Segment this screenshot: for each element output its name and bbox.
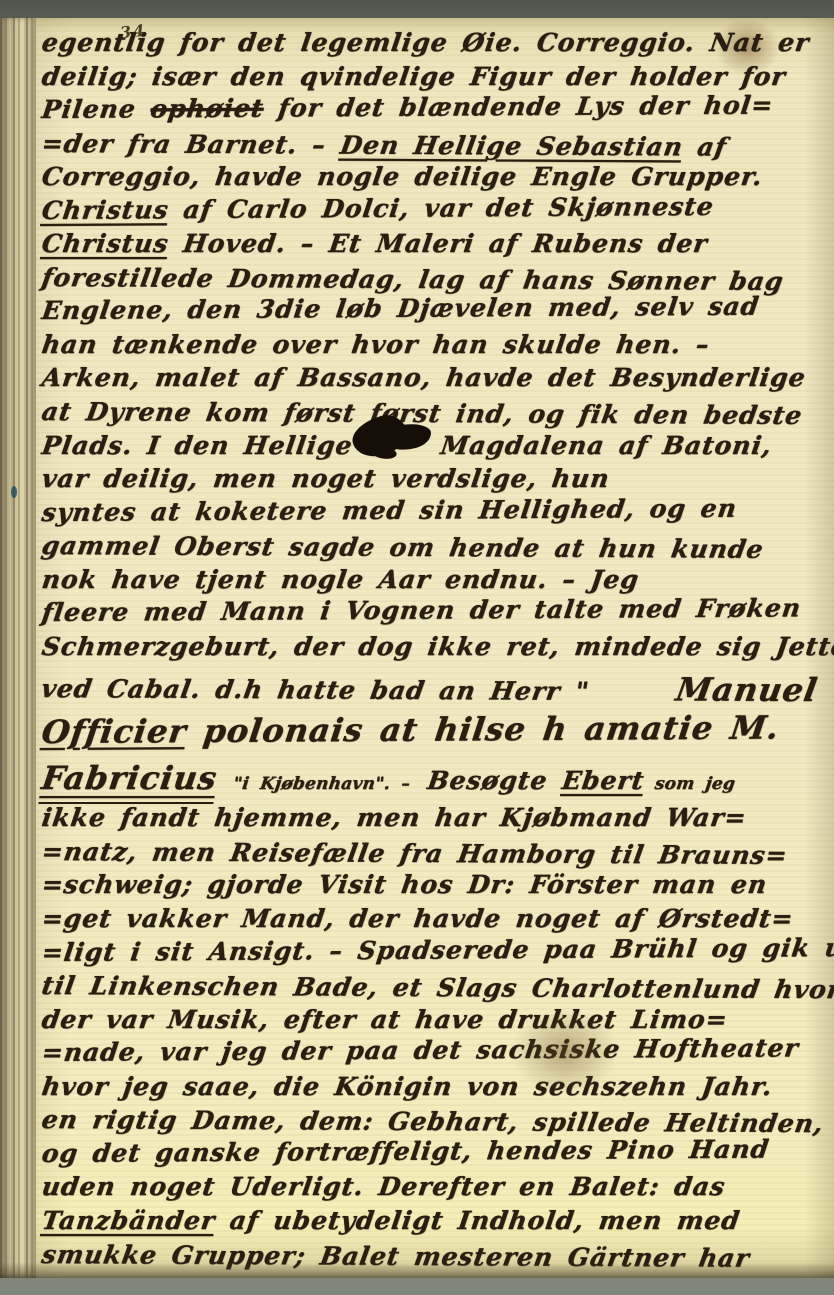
manuscript-line: Officier polonais at hilse h amatie M. xyxy=(39,705,834,756)
handwritten-text: =schweig; gjorde Visit hos Dr: Förster m… xyxy=(40,868,770,902)
handwritten-text: uden noget Uderligt. Derefter en Balet: … xyxy=(40,1170,728,1204)
handwritten-text: Arken, malet af Bassano, havde det Besyn… xyxy=(40,361,808,395)
manuscript-line: Tanzbänder af ubetydeligt Indhold, men m… xyxy=(40,1204,834,1238)
manuscript-line: til Linkenschen Bade, et Slags Charlotte… xyxy=(39,969,834,1007)
manuscript-line: Schmerzgeburt, der dog ikke ret, mindede… xyxy=(40,630,834,664)
handwritten-text: Christus xyxy=(40,193,171,227)
handwritten-text: Correggio, havde nogle deilige Engle Gru… xyxy=(40,160,765,194)
manuscript-line: Christus af Carlo Dolci, var det Skjønne… xyxy=(40,189,834,227)
handwritten-text: for det blændende Lys der hol= xyxy=(261,89,775,126)
handwritten-text: fleere med Mann i Vognen der talte med F… xyxy=(40,592,804,630)
manuscript-line: var deilig, men noget verdslige, hun xyxy=(40,462,834,496)
handwritten-text: gammel Oberst sagde om hende at hun kund… xyxy=(39,529,766,566)
handwritten-text: af xyxy=(680,130,729,164)
handwritten-text: =natz, men Reisefælle fra Hamborg til Br… xyxy=(39,835,790,872)
manuscript-line: egentlig for det legemlige Øie. Correggi… xyxy=(40,26,834,60)
handwritten-text: af Carlo Dolci, var det Skjønneste xyxy=(166,190,716,227)
manuscript-line: uden noget Uderligt. Derefter en Balet: … xyxy=(40,1170,834,1204)
handwritten-text: Den Hellige Sebastian xyxy=(338,128,686,163)
manuscript-line: syntes at koketere med sin Hellighed, og… xyxy=(40,491,834,529)
handwritten-text: hvor jeg saae, die Königin von sechszehn… xyxy=(40,1070,775,1104)
handwritten-text: han tænkende over hvor han skulde hen. – xyxy=(40,328,712,362)
manuscript-line: han tænkende over hvor han skulde hen. – xyxy=(40,328,834,362)
manuscript-line: =get vakker Mand, der havde noget af Ørs… xyxy=(40,902,834,936)
handwritten-text: =ligt i sit Ansigt. – Spadserede paa Brü… xyxy=(40,931,834,970)
handwritten-text: af ubetydeligt Indhold, men med xyxy=(213,1204,742,1238)
ink-speck xyxy=(11,486,17,498)
handwritten-text: Hoved. – Et Maleri af Rubens der xyxy=(166,227,710,261)
handwritten-text: egentlig for det legemlige Øie. Correggi… xyxy=(40,26,812,60)
handwritten-text: deilig; især den qvindelige Figur der ho… xyxy=(40,60,788,94)
manuscript-lines: egentlig for det legemlige Øie. Correggi… xyxy=(42,26,832,1271)
manuscript-line: Correggio, havde nogle deilige Engle Gru… xyxy=(40,160,834,194)
manuscript-line: fleere med Mann i Vognen der talte med F… xyxy=(40,591,834,629)
handwritten-text: var deilig, men noget verdslige, hun xyxy=(40,462,612,496)
manuscript-line: Plads. I den Hellige Magdalena af Batoni… xyxy=(40,429,834,463)
manuscript-line: =der fra Barnet. – Den Hellige Sebastian… xyxy=(39,127,834,165)
handwritten-text: ophøiet xyxy=(148,92,266,126)
ink-smudge xyxy=(502,1002,628,1102)
handwritten-text: Englene, den 3die løb Djævelen med, selv… xyxy=(40,290,762,328)
manuscript-line: at Dyrene kom først først ind, og fik de… xyxy=(39,395,834,433)
handwritten-text: syntes at koketere med sin Hellighed, og… xyxy=(40,491,739,529)
manuscript-page: 34 egentlig for det legemlige Øie. Corre… xyxy=(0,18,834,1278)
handwritten-text: Pilene xyxy=(40,92,153,126)
manuscript-line: Fabricius "i Kjøbenhavn". – Besøgte Eber… xyxy=(39,755,834,801)
handwritten-text: =nade, var jeg der paa det sachsiske Hof… xyxy=(40,1032,801,1070)
manuscript-line: gammel Oberst sagde om hende at hun kund… xyxy=(39,529,834,567)
handwritten-text: =der fra Barnet. – xyxy=(39,127,343,162)
handwritten-text: ikke fandt hjemme, men har Kjøbmand War= xyxy=(40,801,749,835)
handwritten-text: nok have tjent nogle Aar endnu. – Jeg xyxy=(40,563,642,597)
handwritten-text: Tanzbänder xyxy=(40,1204,218,1238)
manuscript-line: smukke Grupper; Balet mesteren Gärtner h… xyxy=(39,1238,834,1276)
handwritten-text: til Linkenschen Bade, et Slags Charlotte… xyxy=(39,969,834,1007)
handwritten-text: =get vakker Mand, der havde noget af Ørs… xyxy=(40,902,796,936)
handwritten-text: Fabricius xyxy=(38,755,220,804)
manuscript-line: Englene, den 3die løb Djævelen med, selv… xyxy=(40,290,834,328)
manuscript-line: Arken, malet af Bassano, havde det Besyn… xyxy=(40,361,834,395)
handwritten-text: Schmerzgeburt, der dog ikke ret, mindede… xyxy=(40,630,834,664)
handwritten-text: Christus xyxy=(40,227,171,261)
handwritten-text: Besøgte xyxy=(424,758,565,804)
manuscript-line: =nade, var jeg der paa det sachsiske Hof… xyxy=(40,1031,834,1069)
handwritten-text: Officier xyxy=(39,709,190,756)
handwritten-text-block: 34 egentlig for det legemlige Øie. Corre… xyxy=(42,26,832,1271)
manuscript-line: =ligt i sit Ansigt. – Spadserede paa Brü… xyxy=(40,931,834,969)
manuscript-line: =natz, men Reisefælle fra Hamborg til Br… xyxy=(39,835,834,873)
handwritten-text: Ebert xyxy=(559,758,648,804)
manuscript-line: =schweig; gjorde Visit hos Dr: Förster m… xyxy=(40,868,834,902)
manuscript-line: Pilene ophøiet for det blændende Lys der… xyxy=(40,88,834,126)
handwritten-text: smukke Grupper; Balet mesteren Gärtner h… xyxy=(39,1238,752,1275)
handwritten-text: og det ganske fortræffeligt, hendes Pino… xyxy=(40,1132,772,1170)
handwritten-text: polonais at hilse h amatie M. xyxy=(183,705,782,755)
photograph-of-diary: { "document": { "type": "handwritten dia… xyxy=(0,0,834,1295)
book-binding-edge xyxy=(0,18,36,1278)
manuscript-line: hvor jeg saae, die Königin von sechszehn… xyxy=(40,1070,834,1104)
manuscript-line: og det ganske fortræffeligt, hendes Pino… xyxy=(40,1132,834,1170)
manuscript-line: Christus Hoved. – Et Maleri af Rubens de… xyxy=(40,227,834,261)
manuscript-line: ikke fandt hjemme, men har Kjøbmand War= xyxy=(40,801,834,835)
